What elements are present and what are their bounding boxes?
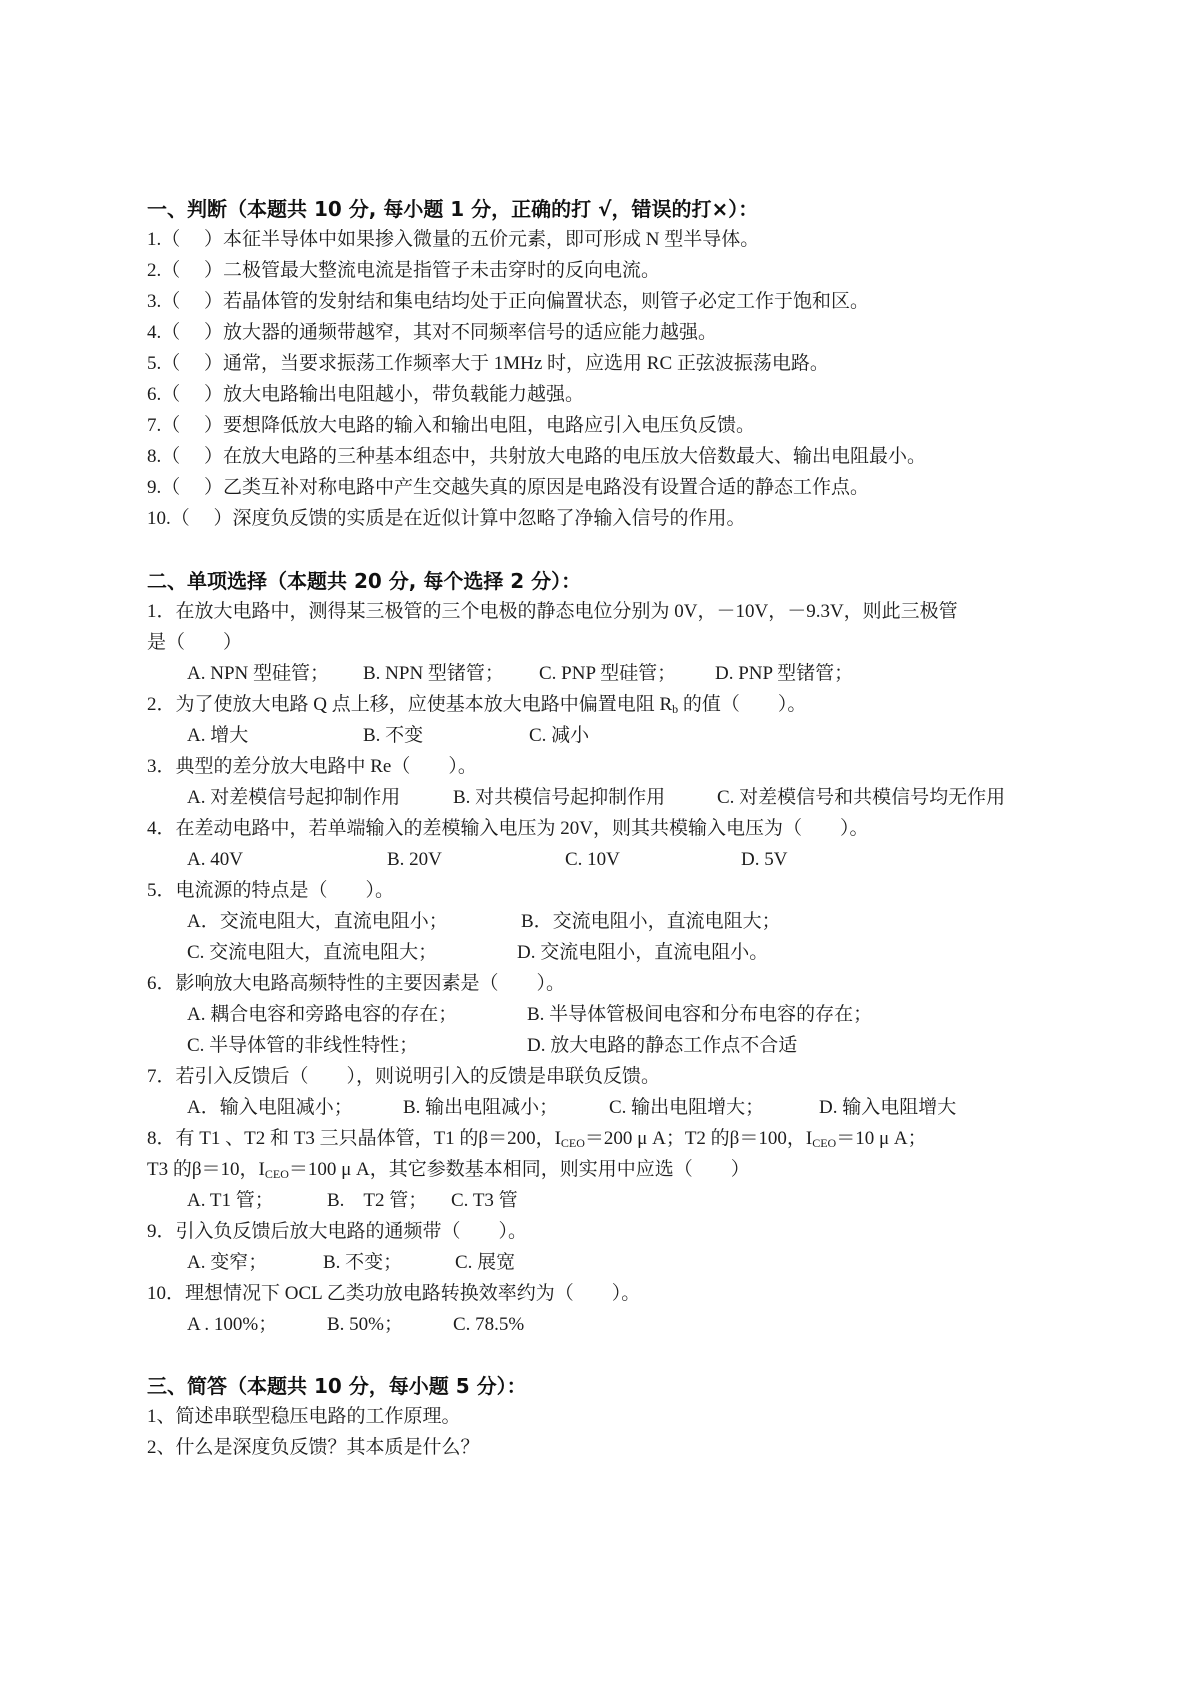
mc-q10-text: 10．理想情况下 OCL 乙类功放电路转换效率约为（ ）。: [147, 1282, 640, 1306]
section2-heading: 二、单项选择（本题共 20 分, 每个选择 2 分）：: [147, 569, 581, 593]
short-answer-2: 2、什么是深度负反馈？其本质是什么？: [147, 1436, 480, 1460]
mc-q8-text-cont: T3 的β＝10，ICEO＝100 μ A，其它参数基本相同，则实用中应选（ ）: [147, 1158, 750, 1182]
option-b: B. 20V: [387, 848, 565, 872]
mc-q9-options: A. 变窄；B. 不变；C. 展宽: [187, 1251, 515, 1275]
option-d: D. PNP 型锗管；: [715, 662, 853, 686]
option-b: B. 半导体管极间电容和分布电容的存在；: [527, 1003, 872, 1027]
q8-subscript: CEO: [265, 1167, 289, 1181]
section3-heading: 三、简答（本题共 10 分，每小题 5 分）：: [147, 1374, 527, 1398]
q2-text-pre: 2．为了使放大电路 Q 点上移，应使基本放大电路中偏置电阻 R: [147, 694, 672, 715]
mc-q8-text: 8．有 T1 、T2 和 T3 三只晶体管，T1 的β＝200，ICEO＝200…: [147, 1127, 927, 1151]
option-b: B. 对共模信号起抑制作用: [453, 786, 717, 810]
mc-q5-text: 5．电流源的特点是（ ）。: [147, 879, 394, 903]
option-c: C. 78.5%: [453, 1313, 524, 1337]
mc-q1-text-cont: 是（ ）: [147, 631, 242, 655]
mc-q5-options-row2: C. 交流电阻大，直流电阻大；D. 交流电阻小，直流电阻小。: [187, 941, 768, 965]
option-d: D. 输入电阻增大: [819, 1096, 956, 1120]
tf-item-6: 6.（ ）放大电路输出电阻越小，带负载能力越强。: [147, 383, 584, 407]
mc-q6-options-row2: C. 半导体管的非线性特性；D. 放大电路的静态工作点不合适: [187, 1034, 797, 1058]
mc-q3-text: 3．典型的差分放大电路中 Re（ ）。: [147, 755, 477, 779]
mc-q1-options: A. NPN 型硅管；B. NPN 型锗管；C. PNP 型硅管；D. PNP …: [187, 662, 853, 686]
option-c: C. 半导体管的非线性特性；: [187, 1034, 527, 1058]
mc-q1-text: 1．在放大电路中，测得某三极管的三个电极的静态电位分别为 0V，－10V，－9.…: [147, 600, 958, 624]
q8-text-d: T3 的β＝10，I: [147, 1159, 265, 1180]
tf-item-4: 4.（ ）放大器的通频带越窄，其对不同频率信号的适应能力越强。: [147, 321, 717, 345]
tf-item-10: 10.（ ）深度负反馈的实质是在近似计算中忽略了净输入信号的作用。: [147, 507, 746, 531]
option-c: C. 10V: [565, 848, 741, 872]
tf-item-5: 5.（ ）通常，当要求振荡工作频率大于 1MHz 时，应选用 RC 正弦波振荡电…: [147, 352, 829, 376]
option-a: A . 100%；: [187, 1313, 327, 1337]
mc-q3-options: A. 对差模信号起抑制作用B. 对共模信号起抑制作用C. 对差模信号和共模信号均…: [187, 786, 1005, 810]
tf-item-9: 9.（ ）乙类互补对称电路中产生交越失真的原因是电路没有设置合适的静态工作点。: [147, 476, 869, 500]
mc-q9-text: 9．引入负反馈后放大电路的通频带（ ）。: [147, 1220, 527, 1244]
option-c: C. T3 管: [451, 1189, 518, 1213]
mc-q2-options: A. 增大B. 不变C. 减小: [187, 724, 589, 748]
mc-q7-text: 7．若引入反馈后（ ），则说明引入的反馈是串联负反馈。: [147, 1065, 660, 1089]
option-c: C. 输出电阻增大；: [609, 1096, 819, 1120]
tf-item-7: 7.（ ）要想降低放大电路的输入和输出电阻，电路应引入电压负反馈。: [147, 414, 755, 438]
q8-text-c: ＝10 μ A；: [836, 1128, 926, 1149]
option-b: B. 50%；: [327, 1313, 453, 1337]
option-a: A. 40V: [187, 848, 387, 872]
q8-subscript: CEO: [561, 1136, 585, 1150]
mc-q10-options: A . 100%；B. 50%；C. 78.5%: [187, 1313, 524, 1337]
option-d: D. 放大电路的静态工作点不合适: [527, 1034, 797, 1058]
mc-q2-text: 2．为了使放大电路 Q 点上移，应使基本放大电路中偏置电阻 Rb 的值（ ）。: [147, 693, 806, 717]
option-d: D. 交流电阻小，直流电阻小。: [517, 941, 768, 965]
tf-item-2: 2.（ ）二极管最大整流电流是指管子未击穿时的反向电流。: [147, 259, 660, 283]
option-a: A. 耦合电容和旁路电容的存在；: [187, 1003, 527, 1027]
tf-item-8: 8.（ ）在放大电路的三种基本组态中，共射放大电路的电压放大倍数最大、输出电阻最…: [147, 445, 926, 469]
mc-q6-text: 6．影响放大电路高频特性的主要因素是（ ）。: [147, 972, 565, 996]
q8-text-a: 8．有 T1 、T2 和 T3 三只晶体管，T1 的β＝200，I: [147, 1128, 561, 1149]
q8-subscript: CEO: [812, 1136, 836, 1150]
mc-q6-options-row1: A. 耦合电容和旁路电容的存在；B. 半导体管极间电容和分布电容的存在；: [187, 1003, 872, 1027]
option-c: C. 减小: [529, 724, 589, 748]
option-c: C. PNP 型硅管；: [539, 662, 715, 686]
option-a: A. 增大: [187, 724, 363, 748]
option-c: C. 交流电阻大，直流电阻大；: [187, 941, 517, 965]
exam-page: 一、判断（本题共 10 分, 每小题 1 分，正确的打 √，错误的打×）： 1.…: [0, 0, 1190, 1683]
tf-item-3: 3.（ ）若晶体管的发射结和集电结均处于正向偏置状态，则管子必定工作于饱和区。: [147, 290, 869, 314]
option-c: C. 展宽: [455, 1251, 515, 1275]
option-a: A. T1 管；: [187, 1189, 327, 1213]
mc-q4-text: 4．在差动电路中，若单端输入的差模输入电压为 20V，则其共模输入电压为（ ）。: [147, 817, 868, 841]
q8-text-e: ＝100 μ A，其它参数基本相同，则实用中应选（ ）: [289, 1159, 750, 1180]
q2-text-post: 的值（ ）。: [678, 694, 806, 715]
tf-item-1: 1.（ ）本征半导体中如果掺入微量的五价元素，即可形成 N 型半导体。: [147, 228, 759, 252]
option-a: A．输入电阻减小；: [187, 1096, 403, 1120]
q8-text-b: ＝200 μ A；T2 的β＝100，I: [585, 1128, 812, 1149]
option-b: B. NPN 型锗管；: [363, 662, 539, 686]
mc-q5-options-row1: A．交流电阻大，直流电阻小；B．交流电阻小，直流电阻大；: [187, 910, 781, 934]
option-a: A. NPN 型硅管；: [187, 662, 363, 686]
option-a: A. 变窄；: [187, 1251, 323, 1275]
mc-q8-options: A. T1 管；B. T2 管；C. T3 管: [187, 1189, 518, 1213]
short-answer-1: 1、简述串联型稳压电路的工作原理。: [147, 1405, 461, 1429]
option-b: B. 不变: [363, 724, 529, 748]
option-b: B. T2 管；: [327, 1189, 451, 1213]
option-b: B. 输出电阻减小；: [403, 1096, 609, 1120]
option-a: A．交流电阻大，直流电阻小；: [187, 910, 521, 934]
section1-heading: 一、判断（本题共 10 分, 每小题 1 分，正确的打 √，错误的打×）：: [147, 197, 758, 221]
option-a: A. 对差模信号起抑制作用: [187, 786, 453, 810]
option-d: D. 5V: [741, 848, 787, 872]
option-b: B. 不变；: [323, 1251, 455, 1275]
option-c: C. 对差模信号和共模信号均无作用: [717, 786, 1005, 810]
option-b: B．交流电阻小，直流电阻大；: [521, 910, 781, 934]
mc-q4-options: A. 40VB. 20VC. 10VD. 5V: [187, 848, 787, 872]
mc-q7-options: A．输入电阻减小；B. 输出电阻减小；C. 输出电阻增大；D. 输入电阻增大: [187, 1096, 956, 1120]
